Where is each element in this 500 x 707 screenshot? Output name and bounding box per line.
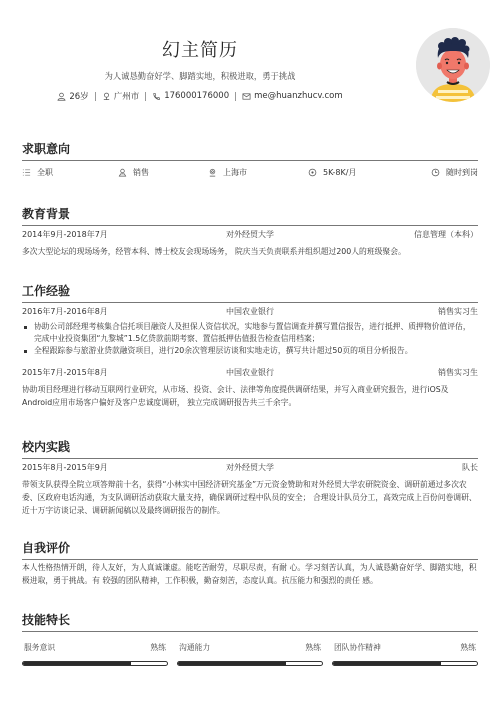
section-title: 教育背景 [22,205,478,223]
self-evaluation-text: 本人性格热情开朗，待人友好，为人真诚谦虚。能吃苦耐劳，尽职尽责，有耐 心。学习刻… [22,561,478,587]
section-skills: 技能特长 服务意识 熟练 沟通能力 熟练 团队协作精神 熟练 [22,611,478,666]
section-campus: 校内实践 2015年8月-2015年9月 对外经贸大学 队长 带领支队获得全院立… [22,438,478,517]
section-work: 工作经验 2016年7月-2016年8月 中国农业银行 销售实习生 协助公司部经… [22,282,478,409]
entry-description: 多次大型论坛的现场场务，经管本科、博士校友会现场场务， 院庆当天负责联系并组织超… [22,245,478,258]
section-divider [22,559,478,560]
skill-progress-fill [333,662,441,665]
resume-motto: 为人诚恳勤奋好学、脚踏实地，积极进取，勇于挑战 [0,70,400,82]
intention-salary: 5K-8K/月 [308,167,422,178]
entry-role: 队长 [328,462,478,474]
section-education: 教育背景 2014年9月-2018年7月 对外经贸大学 信息管理（本科） 多次大… [22,205,478,258]
user-icon [118,168,127,177]
campus-entry-header: 2015年8月-2015年9月 对外经贸大学 队长 [22,462,478,474]
contact-email[interactable]: me@huanzhucv.com [242,91,343,101]
section-self-evaluation: 自我评价 本人性格热情开朗，待人友好，为人真诚谦虚。能吃苦耐劳，尽职尽责，有耐 … [22,539,478,587]
contact-phone: 176000176000 [152,91,229,101]
skill-item: 沟通能力 熟练 [177,642,323,666]
phone-icon [152,92,161,101]
entry-org: 对外经贸大学 [172,462,327,474]
section-divider [22,225,478,226]
section-title: 技能特长 [22,611,478,629]
contact-city: 广州市 [102,90,140,102]
skill-level: 熟练 [150,642,166,653]
skill-progress-fill [178,662,286,665]
section-divider [22,160,478,161]
skill-progress-bar [22,661,168,666]
section-title: 求职意向 [22,140,478,158]
intention-city: 上海市 [208,167,308,178]
contact-info: 26岁 广州市 176000176000 me@huanzhucv.com [0,90,400,102]
avatar-illustration [416,28,490,102]
entry-role: 信息管理（本科） [328,229,478,241]
education-entry-header: 2014年9月-2018年7月 对外经贸大学 信息管理（本科） [22,229,478,241]
skill-name: 团队协作精神 [334,642,381,653]
avatar [416,28,490,102]
skill-progress-bar [177,661,323,666]
section-divider [22,631,478,632]
contact-age: 26岁 [57,90,88,102]
resume-name: 幻主简历 [0,36,400,62]
divider [235,92,236,101]
entry-description: 协助项目经理进行移动互联网行业研究，从市场、投资、会计、法律等角度提供调研结果，… [22,383,478,409]
entry-date: 2014年9月-2018年7月 [22,229,172,241]
mail-icon [242,92,251,101]
intention-availability: 随时到岗 [431,167,478,178]
entry-date: 2015年8月-2015年9月 [22,462,172,474]
location-icon [208,168,217,177]
skill-level: 熟练 [460,642,476,653]
intention-type: 全职 [22,167,118,178]
skills-list: 服务意识 熟练 沟通能力 熟练 团队协作精神 熟练 [22,642,478,666]
skill-progress-fill [23,662,131,665]
intention-label: 5K-8K/月 [323,167,356,178]
location-icon [102,92,111,101]
entry-org: 中国农业银行 [172,367,327,379]
intention-label: 随时到岗 [446,167,478,178]
section-title: 工作经验 [22,282,478,300]
clock-icon [431,168,440,177]
skill-name: 服务意识 [24,642,55,653]
bullet-item: 协助公司部经理考核集合信托项目融资人及担保人资信状况，实地参与置信调查并撰写置信… [22,321,478,345]
section-intention: 求职意向 全职 销售 上海市 5K-8K/月 随时到岗 [22,140,478,178]
section-title: 自我评价 [22,539,478,557]
intention-position: 销售 [118,167,208,178]
user-icon [57,92,66,101]
age-text: 26岁 [69,90,88,102]
divider [145,92,146,101]
work-entry-header: 2016年7月-2016年8月 中国农业银行 销售实习生 [22,306,478,318]
section-divider [22,302,478,303]
section-divider [22,458,478,459]
work-entry-header: 2015年7月-2015年8月 中国农业银行 销售实习生 [22,367,478,379]
list-icon [22,168,31,177]
skill-level: 熟练 [305,642,321,653]
entry-date: 2016年7月-2016年8月 [22,306,172,318]
entry-bullets: 协助公司部经理考核集合信托项目融资人及担保人资信状况，实地参与置信调查并撰写置信… [22,321,478,357]
skill-item: 服务意识 熟练 [22,642,168,666]
skill-progress-bar [332,661,478,666]
phone-text: 176000176000 [164,91,229,101]
intention-row: 全职 销售 上海市 5K-8K/月 随时到岗 [22,166,478,178]
skill-name: 沟通能力 [179,642,210,653]
entry-role: 销售实习生 [328,306,478,318]
entry-role: 销售实习生 [328,367,478,379]
intention-label: 上海市 [223,167,247,178]
intention-label: 销售 [133,167,149,178]
email-text[interactable]: me@huanzhucv.com [254,91,343,101]
section-title: 校内实践 [22,438,478,456]
intention-label: 全职 [37,167,53,178]
salary-icon [308,168,317,177]
skill-item: 团队协作精神 熟练 [332,642,478,666]
entry-org: 中国农业银行 [172,306,327,318]
bullet-item: 全程跟踪参与旅游业贷款融资项目，进行20余次管理层访谈和实地走访，撰写共计超过5… [22,345,478,357]
resume-header: 幻主简历 为人诚恳勤奋好学、脚踏实地，积极进取，勇于挑战 26岁 广州市 176… [0,0,500,120]
city-text: 广州市 [114,90,140,102]
entry-org: 对外经贸大学 [172,229,327,241]
entry-date: 2015年7月-2015年8月 [22,367,172,379]
entry-description: 带领支队获得全院立项答辩前十名，获得“小林实中国经济研究基金”万元资金赞助和对外… [22,478,478,517]
divider [95,92,96,101]
